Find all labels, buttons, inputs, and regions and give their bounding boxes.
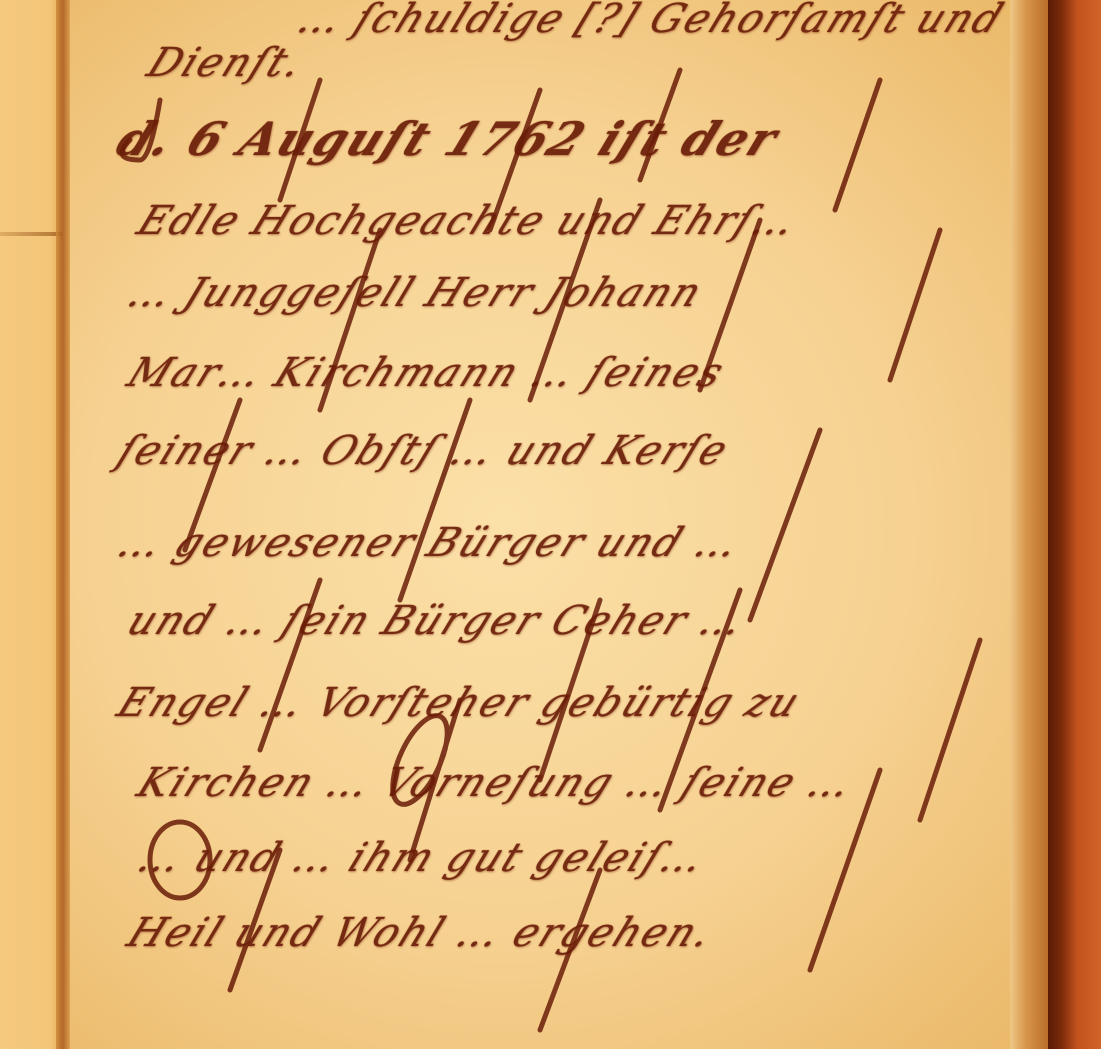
manuscript-line-11: Kirchen … Vorneſung … ſeine …	[131, 760, 861, 806]
manuscript-line-3-date: d. 6 Auguſt 1762 iſt der	[109, 112, 787, 166]
manuscript-line-9: und … ſein Bürger Ceher …	[121, 598, 753, 644]
gutter-shadow	[56, 0, 70, 1049]
manuscript-line-12: … und … ihm gut geleiſ…	[131, 835, 714, 881]
page-edge	[1010, 0, 1050, 1049]
manuscript-line-6: Mar… Kirchmann … ſeines	[121, 350, 732, 396]
manuscript-line-8: … gewesener Bürger und …	[111, 520, 748, 566]
manuscript-line-7: ſeiner … Obſtſ … und Kerſe	[111, 428, 736, 474]
book-binding	[1048, 0, 1101, 1049]
facing-page-left	[0, 0, 62, 1049]
manuscript-line-1: … ſchuldige [?] Gehorſamſt und	[291, 0, 1011, 42]
manuscript-line-5: … Junggeſell Herr Johann	[121, 270, 710, 316]
page-fold-crease	[0, 232, 62, 236]
manuscript-line-2: Dienſt.	[141, 40, 311, 86]
manuscript-line-13: Heil und Wohl … ergehen.	[121, 910, 721, 956]
manuscript-line-4: Edle Hochgeachte und Ehrſ…	[131, 198, 805, 244]
manuscript-line-10: Engel … Vorſteher gebürtig zu	[111, 680, 808, 726]
